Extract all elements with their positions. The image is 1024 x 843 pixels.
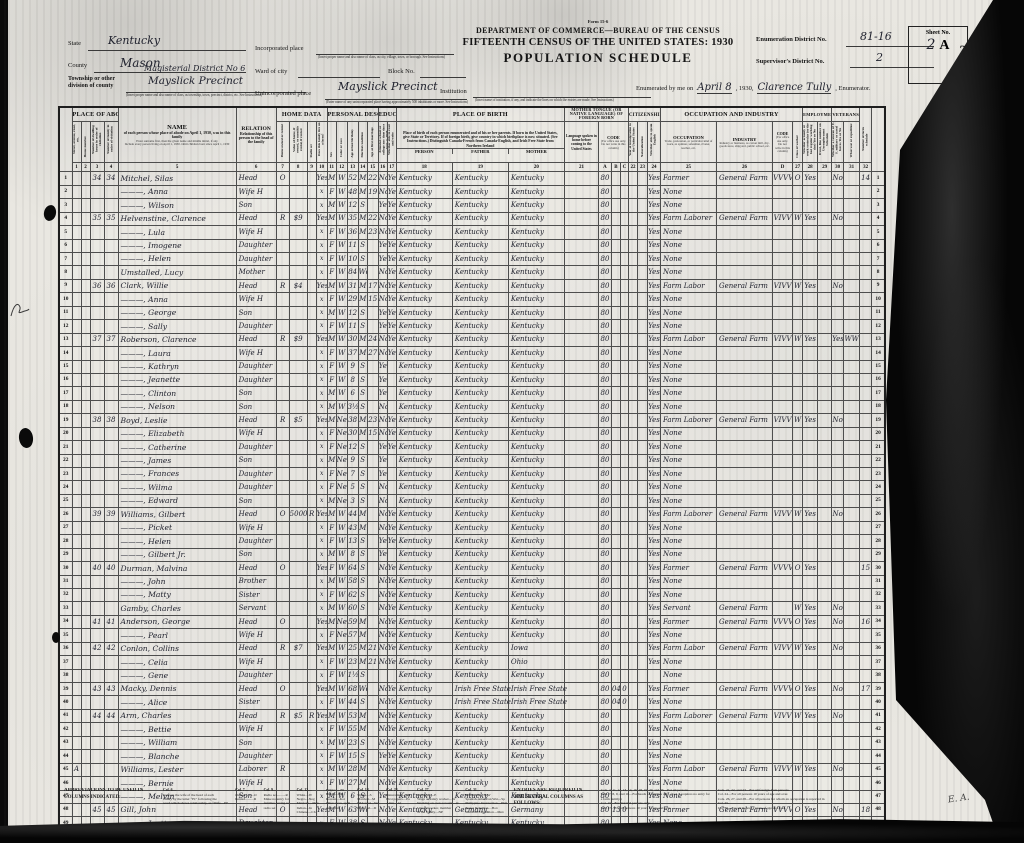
cell-wr <box>844 481 860 494</box>
cell-ag: 31 <box>347 279 358 292</box>
cell-mt <box>564 709 598 722</box>
cell-na <box>637 696 647 709</box>
cell-ag: 12 <box>347 441 358 454</box>
cell-rw: Yes <box>387 588 396 601</box>
cell-am: 15 <box>367 293 378 306</box>
cell-fm: 35 <box>104 212 118 225</box>
column-rw-header: Whether able to read and write <box>387 122 396 163</box>
cell-rw: Yes <box>387 736 396 749</box>
cell-st <box>72 575 81 588</box>
cell-fs <box>860 387 872 400</box>
cell-cD: VIVV <box>773 333 793 346</box>
cell-bp: Kentucky <box>396 562 452 575</box>
cell-rad <box>307 266 316 279</box>
cell-rel: Wife H <box>236 427 276 440</box>
cell-wr <box>844 602 860 615</box>
cell-ag: 58 <box>347 575 358 588</box>
cell-wk <box>803 400 818 413</box>
cell-bf: Kentucky <box>452 400 508 413</box>
column-number-fm: 4 <box>104 163 118 172</box>
cell-am <box>367 266 378 279</box>
cell-fa: Yes <box>316 172 327 185</box>
sheet-value-letter: A <box>939 38 949 53</box>
cell-ind <box>717 494 773 507</box>
cell-ag: 7 <box>347 468 358 481</box>
sheet-label: Sheet No. <box>909 30 967 36</box>
cell-fs <box>860 320 872 333</box>
cell-val: $7 <box>289 642 307 655</box>
cell-dw: 41 <box>90 615 104 628</box>
cell-im <box>628 333 637 346</box>
cell-ind <box>717 266 773 279</box>
cell-na <box>637 333 647 346</box>
cell-nm: Mitchel, Silas <box>118 172 236 185</box>
census-row: 133737Roberson, ClarenceHeadR$9YesMW30M2… <box>59 333 885 346</box>
cell-vt <box>832 320 844 333</box>
column-number-wk: 28 <box>803 163 818 172</box>
entries-required-title: ENTRIES ARE REQUIRED IN THE SEVERAL COLU… <box>514 788 594 816</box>
cell-dw <box>90 494 104 507</box>
cell-cB <box>611 347 620 360</box>
column-val-header: Value of home, if owned, or monthly rent… <box>289 122 307 163</box>
cell-un <box>818 535 832 548</box>
cell-mt <box>564 266 598 279</box>
cell-st <box>72 736 81 749</box>
cell-ten: R <box>276 642 289 655</box>
cell-na <box>637 481 647 494</box>
cell-bm: Kentucky <box>508 615 564 628</box>
cell-cC <box>620 185 628 198</box>
cell-sx: F <box>327 696 336 709</box>
cell-rw <box>387 400 396 413</box>
cell-cC <box>620 360 628 373</box>
line-number-cell: 38 <box>59 669 72 682</box>
cell-bp: Kentucky <box>396 333 452 346</box>
line-number-cell: 3 <box>59 199 72 212</box>
cell-hn <box>81 360 90 373</box>
abbreviation-block: Filipino....FilHindu....HinKorean....Kor… <box>326 788 350 816</box>
cell-cA: 80 <box>598 508 611 521</box>
cell-rw: Yes <box>387 562 396 575</box>
cell-cA: 80 <box>598 306 611 319</box>
cell-bp: Kentucky <box>396 696 452 709</box>
cell-val <box>289 306 307 319</box>
cell-rad <box>307 535 316 548</box>
cell-bf: Kentucky <box>452 266 508 279</box>
cell-en: Yes <box>647 508 660 521</box>
cell-na <box>637 615 647 628</box>
cell-rw: Yes <box>387 293 396 306</box>
cell-wr <box>844 199 860 212</box>
cell-cD <box>773 387 793 400</box>
cell-cB <box>611 723 620 736</box>
cell-vt: No <box>832 763 844 776</box>
cell-bp: Kentucky <box>396 602 452 615</box>
census-row: 15———, KathrynDaughterxFW9SYesKentuckyKe… <box>59 360 885 373</box>
census-row: 414444Arm, CharlesHeadR$5RYesMW53MNoYesK… <box>59 709 885 722</box>
cell-cr: W <box>336 548 347 561</box>
census-row: 25———, EdwardSonxMNeg3SNoKentuckyKentuck… <box>59 494 885 507</box>
column-number-st: 1 <box>72 163 81 172</box>
cell-wr <box>844 347 860 360</box>
cell-cB <box>611 226 620 239</box>
cell-sx: M <box>327 494 336 507</box>
cell-un <box>818 360 832 373</box>
line-number-cell: 5 <box>59 226 72 239</box>
cell-ten <box>276 629 289 642</box>
cell-cr: W <box>336 709 347 722</box>
cell-vt <box>832 548 844 561</box>
cell-hn <box>81 709 90 722</box>
cell-cl: W <box>793 763 803 776</box>
column-number-cB: B <box>611 163 620 172</box>
line-number-cell: 36 <box>872 642 885 655</box>
cell-fs <box>860 656 872 669</box>
cell-im <box>628 279 637 292</box>
cell-na <box>637 562 647 575</box>
cell-sx: M <box>327 306 336 319</box>
cell-im <box>628 266 637 279</box>
cell-sx: M <box>327 683 336 696</box>
cell-un <box>818 709 832 722</box>
cell-nm: ———, Laura <box>118 347 236 360</box>
census-grid: PLACE OF ABODENAMEof each person whose p… <box>58 106 886 843</box>
cell-wk <box>803 494 818 507</box>
cell-cr: W <box>336 226 347 239</box>
cell-bp: Kentucky <box>396 468 452 481</box>
cell-un <box>818 320 832 333</box>
code-columns-header: CODE(For office use only. Do not write i… <box>598 122 628 163</box>
cell-ten <box>276 427 289 440</box>
cell-bp: Kentucky <box>396 347 452 360</box>
cell-cC <box>620 602 628 615</box>
cell-fs <box>860 588 872 601</box>
cell-ten: O <box>276 562 289 575</box>
cell-bf: Kentucky <box>452 642 508 655</box>
cell-cr: Neg <box>336 441 347 454</box>
cell-bp: Kentucky <box>396 588 452 601</box>
census-row: 263939Williams, GilbertHeadO5000RYesMW44… <box>59 508 885 521</box>
cell-ag: 8 <box>347 373 358 386</box>
column-number-na: 23 <box>637 163 647 172</box>
cell-bp: Kentucky <box>396 253 452 266</box>
cell-rel: Wife H <box>236 347 276 360</box>
cell-cD: VIVV <box>773 709 793 722</box>
cell-na <box>637 669 647 682</box>
cell-sc: No <box>378 521 387 534</box>
cell-im <box>628 468 637 481</box>
enumerated-date: April 8 <box>697 82 731 94</box>
cell-bf: Kentucky <box>452 253 508 266</box>
cell-vt <box>832 696 844 709</box>
cell-cD: VVVV <box>773 172 793 185</box>
cell-cl <box>793 656 803 669</box>
cell-cr: W <box>336 266 347 279</box>
cell-hn <box>81 441 90 454</box>
cell-occ: Farm Labor <box>660 642 716 655</box>
cell-sc: No <box>378 508 387 521</box>
cell-cD <box>773 521 793 534</box>
cell-cB <box>611 441 620 454</box>
cell-sx: M <box>327 548 336 561</box>
cell-rw <box>387 481 396 494</box>
cell-mt <box>564 656 598 669</box>
cell-bf: Kentucky <box>452 575 508 588</box>
cell-mt <box>564 347 598 360</box>
column-na-header: Naturalization <box>637 122 647 163</box>
cell-en: Yes <box>647 360 660 373</box>
cell-cr: Neg <box>336 629 347 642</box>
cell-fs <box>860 212 872 225</box>
cell-am: 17 <box>367 279 378 292</box>
cell-cA: 80 <box>598 588 611 601</box>
cell-fm <box>104 750 118 763</box>
cell-dw <box>90 535 104 548</box>
cell-fm <box>104 602 118 615</box>
cell-rw: Yes <box>387 266 396 279</box>
cell-bf: Kentucky <box>452 239 508 252</box>
cell-ind: General Farm <box>717 615 773 628</box>
cell-wr <box>844 669 860 682</box>
cell-sc: No <box>378 400 387 413</box>
cell-wr <box>844 427 860 440</box>
cell-fs <box>860 185 872 198</box>
cell-mt <box>564 239 598 252</box>
cell-sx: M <box>327 172 336 185</box>
cell-bm: Kentucky <box>508 454 564 467</box>
cell-sc: Yes <box>378 548 387 561</box>
cell-im <box>628 441 637 454</box>
cell-rel: Head <box>236 683 276 696</box>
cell-rel: Daughter <box>236 750 276 763</box>
cell-st <box>72 615 81 628</box>
cell-am <box>367 562 378 575</box>
cell-hn <box>81 508 90 521</box>
cell-cC <box>620 212 628 225</box>
line-number-cell: 38 <box>872 669 885 682</box>
cell-dw <box>90 293 104 306</box>
cell-wr <box>844 629 860 642</box>
cell-ms: S <box>358 441 367 454</box>
cell-wr <box>844 172 860 185</box>
cell-cD: VIVV <box>773 212 793 225</box>
cell-ms: S <box>358 360 367 373</box>
line-number-cell: 12 <box>59 320 72 333</box>
cell-im <box>628 763 637 776</box>
cell-dw <box>90 266 104 279</box>
cell-cD <box>773 199 793 212</box>
cell-cD <box>773 441 793 454</box>
cell-val <box>289 226 307 239</box>
cell-hn <box>81 521 90 534</box>
cell-rw: Yes <box>387 683 396 696</box>
cell-fa: x <box>316 360 327 373</box>
cell-bm: Iowa <box>508 642 564 655</box>
cell-sc: No <box>378 562 387 575</box>
cell-wk <box>803 266 818 279</box>
census-row: 6———, ImogeneDaughterxFW11SYesYesKentuck… <box>59 239 885 252</box>
cell-sx: F <box>327 669 336 682</box>
cell-st <box>72 212 81 225</box>
cell-am <box>367 709 378 722</box>
cell-sx: M <box>327 575 336 588</box>
column-wr-header: What war or expedition <box>844 122 860 163</box>
cell-fm <box>104 226 118 239</box>
cell-vt <box>832 481 844 494</box>
cell-nm: Boyd, Leslie <box>118 414 236 427</box>
line-number-cell: 39 <box>872 683 885 696</box>
cell-rad <box>307 481 316 494</box>
department-line: DEPARTMENT OF COMMERCE—BUREAU OF THE CEN… <box>428 26 768 35</box>
cell-bp: Kentucky <box>396 750 452 763</box>
cell-st <box>72 494 81 507</box>
cell-ten: O <box>276 508 289 521</box>
line-number-cell: 11 <box>872 306 885 319</box>
cell-cl <box>793 239 803 252</box>
cell-cB <box>611 494 620 507</box>
cell-bp: Kentucky <box>396 373 452 386</box>
cell-im <box>628 481 637 494</box>
cell-sx: F <box>327 656 336 669</box>
cell-wk <box>803 521 818 534</box>
cell-am <box>367 360 378 373</box>
cell-na <box>637 588 647 601</box>
cell-fm <box>104 239 118 252</box>
cell-hn <box>81 588 90 601</box>
cell-rel: Wife H <box>236 521 276 534</box>
cell-rad <box>307 723 316 736</box>
cell-hn <box>81 629 90 642</box>
cell-sc: No <box>378 723 387 736</box>
cell-ms: M <box>358 347 367 360</box>
cell-na <box>637 306 647 319</box>
cell-nm: ———, Celia <box>118 656 236 669</box>
cell-occ: None <box>660 588 716 601</box>
cell-occ: None <box>660 266 716 279</box>
cell-en: Yes <box>647 723 660 736</box>
cell-cl: W <box>793 508 803 521</box>
cell-cl <box>793 494 803 507</box>
cell-wr <box>844 360 860 373</box>
column-number-ten: 7 <box>276 163 289 172</box>
column-dw-header: Number of dwelling house in order of vis… <box>90 122 104 163</box>
cell-occ: Farmer <box>660 562 716 575</box>
place-of-birth-description: Place of birth of each person enumerated… <box>396 122 564 163</box>
cell-en: Yes <box>647 185 660 198</box>
cell-en: Yes <box>647 736 660 749</box>
cell-cC <box>620 414 628 427</box>
cell-cC <box>620 535 628 548</box>
cell-sc: Yes <box>378 239 387 252</box>
cell-cC <box>620 642 628 655</box>
cell-ten <box>276 360 289 373</box>
cell-val <box>289 320 307 333</box>
cell-ten <box>276 494 289 507</box>
cell-fs: 16 <box>860 615 872 628</box>
cell-occ: None <box>660 226 716 239</box>
cell-ag: 53 <box>347 709 358 722</box>
cell-val <box>289 387 307 400</box>
cell-wk <box>803 588 818 601</box>
cell-fs <box>860 723 872 736</box>
cell-cl <box>793 575 803 588</box>
cell-bm: Irish Free State <box>508 696 564 709</box>
cell-fa: Yes <box>316 333 327 346</box>
cell-im <box>628 494 637 507</box>
form-number: Form 15-6 <box>428 19 768 24</box>
cell-fm <box>104 494 118 507</box>
cell-cr: Neg <box>336 427 347 440</box>
cell-ten: O <box>276 615 289 628</box>
cell-sx: M <box>327 400 336 413</box>
cell-bp: Kentucky <box>396 736 452 749</box>
cell-fa: x <box>316 400 327 413</box>
line-number-cell: 35 <box>872 629 885 642</box>
cell-rad <box>307 575 316 588</box>
cell-fs <box>860 750 872 763</box>
cell-rw: Yes <box>387 521 396 534</box>
cell-ind <box>717 226 773 239</box>
cell-nm: ———, George <box>118 306 236 319</box>
cell-mt <box>564 750 598 763</box>
column-number-rad: 9 <box>307 163 316 172</box>
cell-occ: None <box>660 427 716 440</box>
cell-cA: 80 <box>598 373 611 386</box>
cell-wr <box>844 494 860 507</box>
cell-bm: Kentucky <box>508 508 564 521</box>
cell-am <box>367 481 378 494</box>
cell-hn <box>81 293 90 306</box>
column-number-mt: 21 <box>564 163 598 172</box>
cell-ind: General Farm <box>717 602 773 615</box>
cell-bm: Kentucky <box>508 521 564 534</box>
cell-occ: None <box>660 360 716 373</box>
cell-val <box>289 427 307 440</box>
cell-st <box>72 360 81 373</box>
cell-cr: W <box>336 199 347 212</box>
cell-wr <box>844 400 860 413</box>
cell-cr: W <box>336 373 347 386</box>
census-row: 35———, PearlWife HxFNeg57MNoYesKentuckyK… <box>59 629 885 642</box>
cell-fs <box>860 468 872 481</box>
cell-ten <box>276 373 289 386</box>
column-en-header: Whether able to speak English <box>647 122 660 163</box>
cell-fs <box>860 575 872 588</box>
cell-cC <box>620 575 628 588</box>
cell-rw: Yes <box>387 185 396 198</box>
cell-bm: Kentucky <box>508 763 564 776</box>
cell-rad <box>307 656 316 669</box>
cell-bf: Kentucky <box>452 562 508 575</box>
cell-dw: 43 <box>90 683 104 696</box>
cell-cr: Neg <box>336 615 347 628</box>
cell-en: Yes <box>647 468 660 481</box>
cell-cl <box>793 306 803 319</box>
cell-val <box>289 615 307 628</box>
cell-ind <box>717 575 773 588</box>
cell-wr <box>844 709 860 722</box>
cell-rw: Yes <box>387 347 396 360</box>
cell-ag: 13 <box>347 535 358 548</box>
census-row: 193838Boyd, LeslieHeadR$5YesMNeg38M23NoY… <box>59 414 885 427</box>
cell-dw <box>90 750 104 763</box>
cell-st <box>72 656 81 669</box>
cell-fa: x <box>316 253 327 266</box>
column-number-fs: 32 <box>860 163 872 172</box>
cell-ten <box>276 669 289 682</box>
cell-fa: x <box>316 266 327 279</box>
cell-nm: ———, Clinton <box>118 387 236 400</box>
